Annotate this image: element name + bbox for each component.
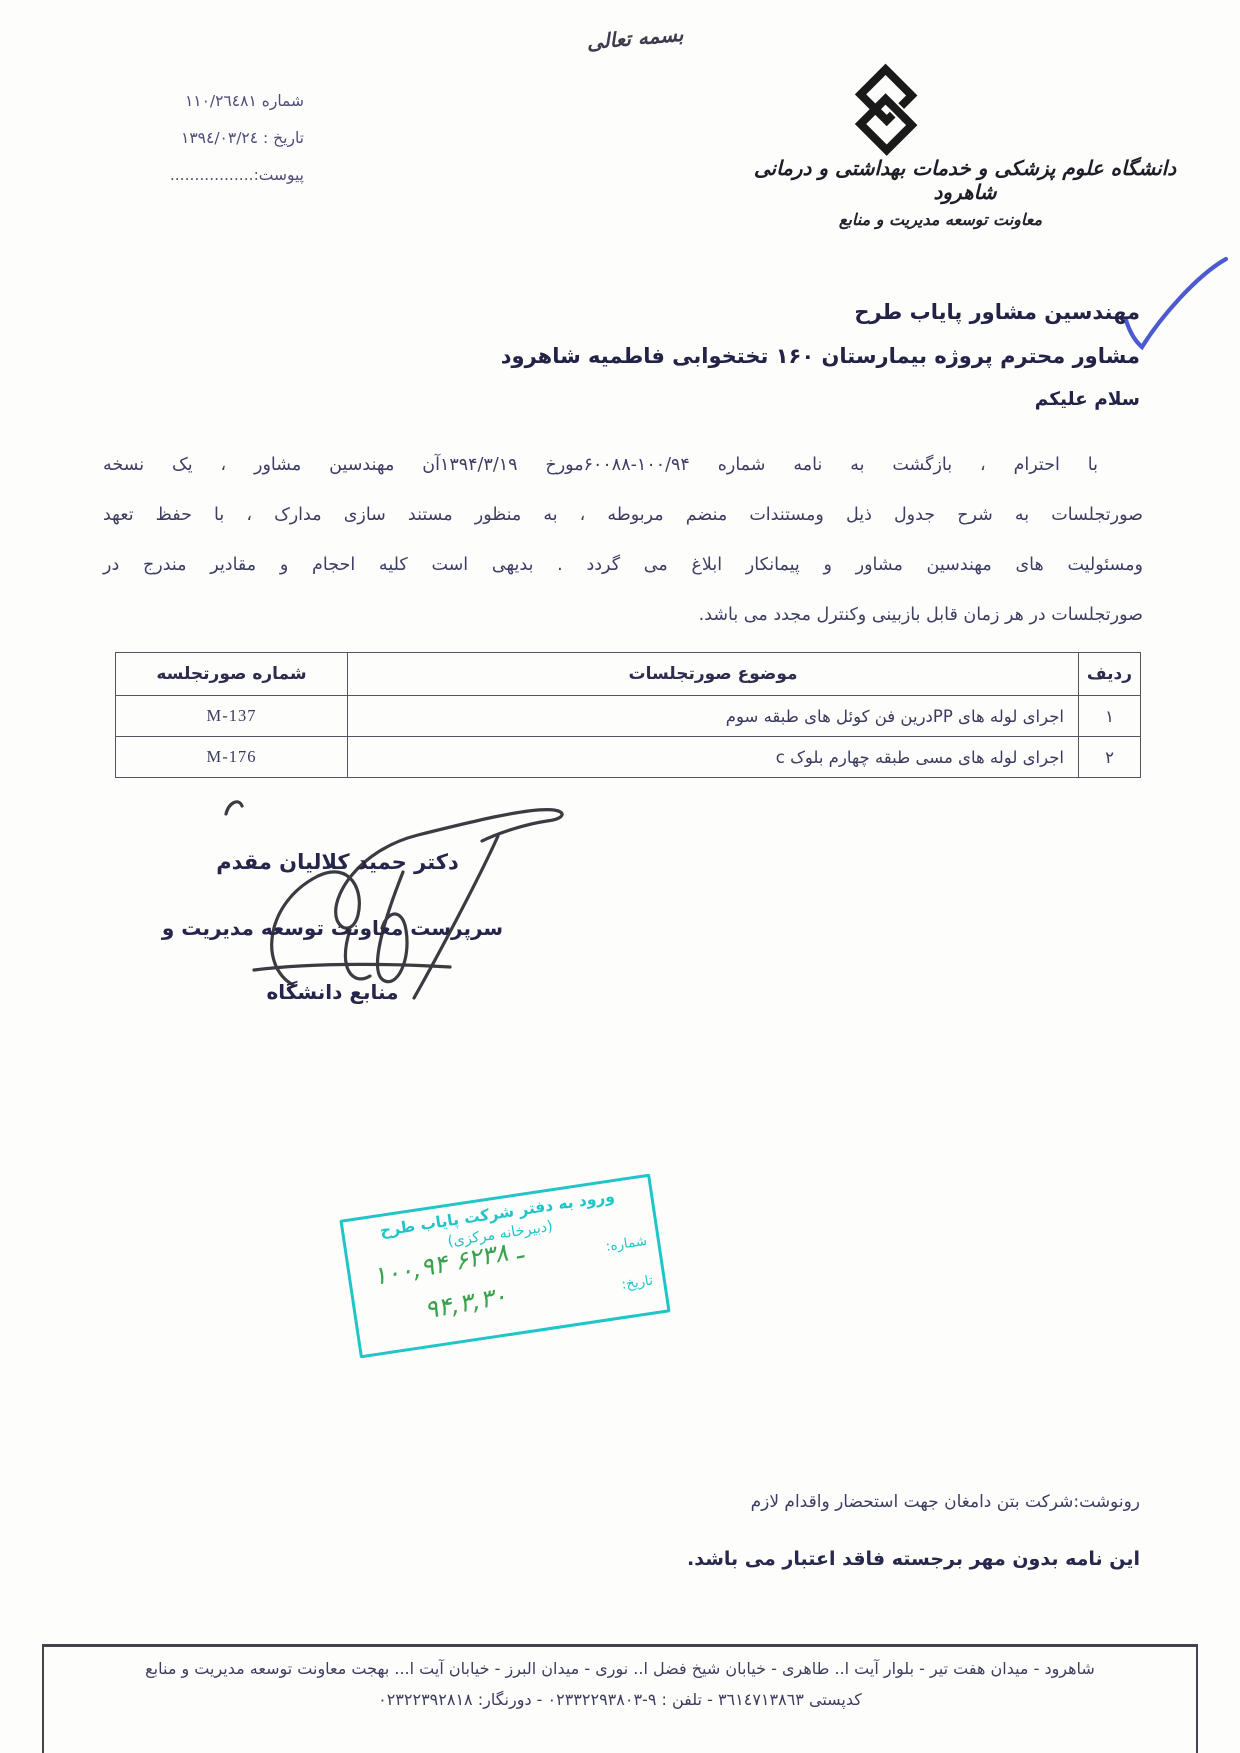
- handwritten-signature-icon: [198, 780, 578, 1020]
- row-no: ۱: [1079, 696, 1141, 737]
- body-line-2: صورتجلسات به شرح جدول ذیل ومستندات منضم …: [103, 490, 1143, 540]
- header-minutes-no: شماره صورتجلسه: [116, 653, 348, 696]
- footer-contact: کدپستی ٣٦١٤٧١٣٨٦٣ - تلفن : ٩-٠٢٣٣٢٢٩٣٨٠٣…: [44, 1690, 1196, 1709]
- university-name: دانشگاه علوم پزشکی و خدمات بهداشتی و درم…: [735, 156, 1195, 204]
- deputy-name: معاونت توسعه مدیریت و منابع: [788, 210, 1093, 229]
- footer-box: شاهرود - میدان هفت تیر - بلوار آیت ا.. ط…: [42, 1644, 1198, 1753]
- table-header-row: ردیف موضوع صورتجلسات شماره صورتجلسه: [116, 653, 1141, 696]
- cc-line: رونوشت:شرکت بتن دامغان جهت استحضار واقدا…: [100, 1492, 1140, 1512]
- row-minutes-no: M-137: [116, 696, 348, 737]
- letter-date: تاریخ : ١٣٩٤/٠٣/٢٤: [62, 123, 304, 160]
- validity-note: این نامه بدون مهر برجسته فاقد اعتبار می …: [100, 1548, 1140, 1570]
- row-subject: اجرای لوله های مسی طبقه چهارم بلوک c: [348, 737, 1079, 778]
- bismillah-calligraphy: بسمه تعالی: [544, 18, 725, 58]
- row-no: ۲: [1079, 737, 1141, 778]
- body-line-4: صورتجلسات در هر زمان قابل بازبینی وکنترل…: [103, 590, 1143, 640]
- table-row: ۱ اجرای لوله های PPدرین فن کوئل های طبقه…: [116, 696, 1141, 737]
- stamp-date-label: تاریخ:: [620, 1272, 653, 1292]
- scanned-letter-page: بسمه تعالی شماره ١١٠/٢٦٤٨١ تاریخ : ١٣٩٤/…: [0, 0, 1240, 1753]
- recipient-block: مهندسین مشاور پایاب طرح مشاور محترم پروژ…: [100, 290, 1140, 422]
- row-minutes-no: M-176: [116, 737, 348, 778]
- minutes-table: ردیف موضوع صورتجلسات شماره صورتجلسه ۱ اج…: [115, 652, 1141, 778]
- body-line-3: ومسئولیت های مهندسین مشاور و پیمانکار اب…: [103, 540, 1143, 590]
- body-line-1: با احترام ، بازگشت به نامه شماره ۱۰۰/۹۴-…: [103, 440, 1143, 490]
- table-row: ۲ اجرای لوله های مسی طبقه چهارم بلوک c M…: [116, 737, 1141, 778]
- header-subject: موضوع صورتجلسات: [348, 653, 1079, 696]
- letter-number: شماره ١١٠/٢٦٤٨١: [62, 86, 304, 123]
- row-subject: اجرای لوله های PPدرین فن کوئل های طبقه س…: [348, 696, 1079, 737]
- letter-meta-block: شماره ١١٠/٢٦٤٨١ تاریخ : ١٣٩٤/٠٣/٢٤ پیوست…: [62, 86, 304, 197]
- recipient-line-1: مهندسین مشاور پایاب طرح: [100, 290, 1140, 334]
- salutation: سلام علیکم: [100, 378, 1140, 422]
- entry-stamp: ورود به دفتر شرکت پایاب طرح (دبیرخانه مر…: [339, 1174, 670, 1359]
- recipient-line-2: مشاور محترم پروژه بیمارستان ۱۶۰ تختخوابی…: [100, 334, 1140, 378]
- header-row-no: ردیف: [1079, 653, 1141, 696]
- university-knot-logo-icon: [826, 58, 944, 166]
- letter-attachment: پیوست:.................: [62, 160, 304, 197]
- stamp-number-label: شماره:: [605, 1233, 648, 1255]
- footer-address: شاهرود - میدان هفت تیر - بلوار آیت ا.. ط…: [44, 1659, 1196, 1678]
- body-paragraph: با احترام ، بازگشت به نامه شماره ۱۰۰/۹۴-…: [103, 440, 1143, 640]
